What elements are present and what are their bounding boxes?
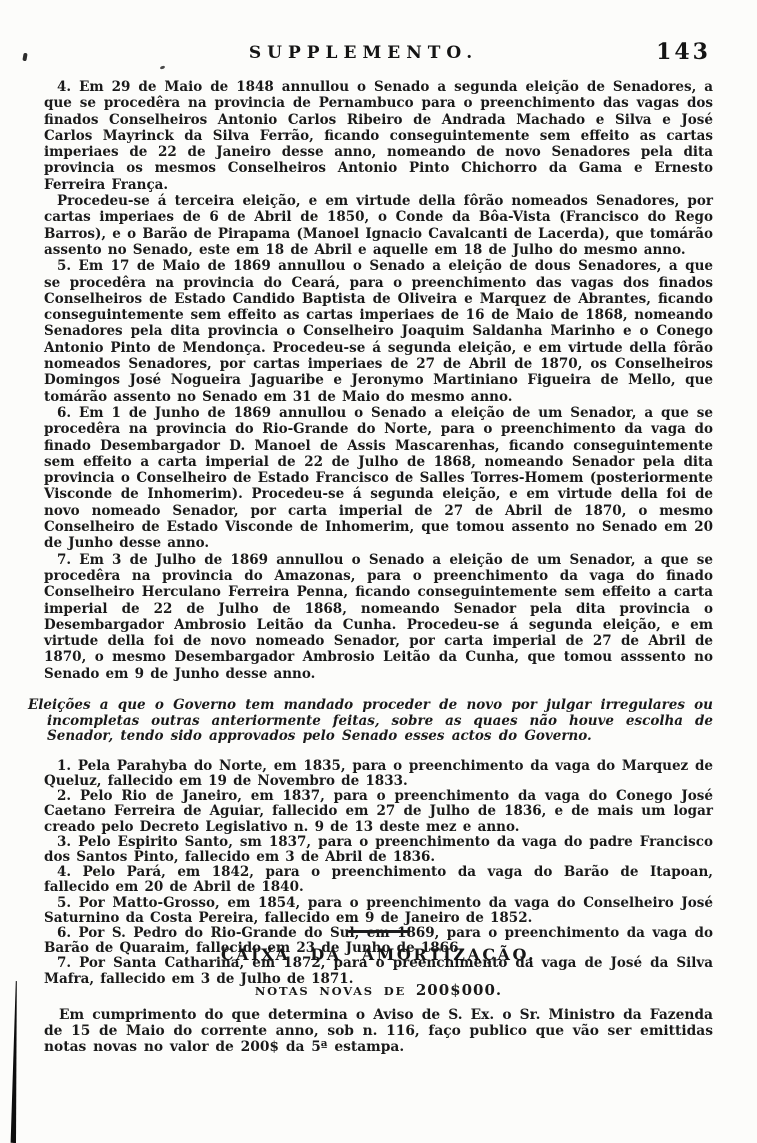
list-item-2: 2. Pelo Rio de Janeiro, em 1837, para o … (44, 789, 713, 835)
page-header-title: SUPPLEMENTO. (0, 43, 727, 63)
paragraph-7: 7. Em 3 de Julho de 1869 annullou o Sena… (44, 552, 713, 682)
scanned-document-page: SUPPLEMENTO. 143 4. Em 29 de Maio de 184… (0, 0, 757, 1143)
paragraph-5: 5. Em 17 de Maio de 1869 annullou o Sena… (44, 258, 713, 405)
note-paragraph-italic: Eleições a que o Governo tem mandado pro… (44, 698, 713, 745)
section-subtitle: NOTAS NOVAS DE 200$000. (0, 981, 757, 999)
paragraph-4: 4. Em 29 de Maio de 1848 annullou o Sena… (44, 79, 713, 193)
paragraph-4-continuation: Procedeu-se á terceira eleição, e em vir… (44, 193, 713, 258)
list-item-1: 1. Pela Parahyba do Norte, em 1835, para… (44, 759, 713, 789)
section-subtitle-value: 200$000. (416, 981, 502, 999)
section-subtitle-label: NOTAS NOVAS DE (255, 984, 406, 998)
paragraph-6: 6. Em 1 de Junho de 1869 annullou o Sena… (44, 405, 713, 552)
list-item-3: 3. Pelo Espirito Santo, sm 1837, para o … (44, 835, 713, 865)
page-number: 143 (656, 39, 711, 65)
section-divider-rule (348, 930, 410, 933)
list-item-4: 4. Pelo Pará, em 1842, para o preenchime… (44, 865, 713, 895)
main-text-column: 4. Em 29 de Maio de 1848 annullou o Sena… (44, 79, 713, 987)
list-item-5: 5. Por Matto-Grosso, em 1854, para o pre… (44, 896, 713, 926)
ink-speck (160, 65, 166, 70)
caixa-section: CAIXA DA AMORTIZAÇÃO. NOTAS NOVAS DE 200… (0, 930, 757, 1055)
section-title: CAIXA DA AMORTIZAÇÃO. (0, 945, 757, 964)
section-body-paragraph: Em cumprimento do que determina o Aviso … (44, 1008, 713, 1055)
